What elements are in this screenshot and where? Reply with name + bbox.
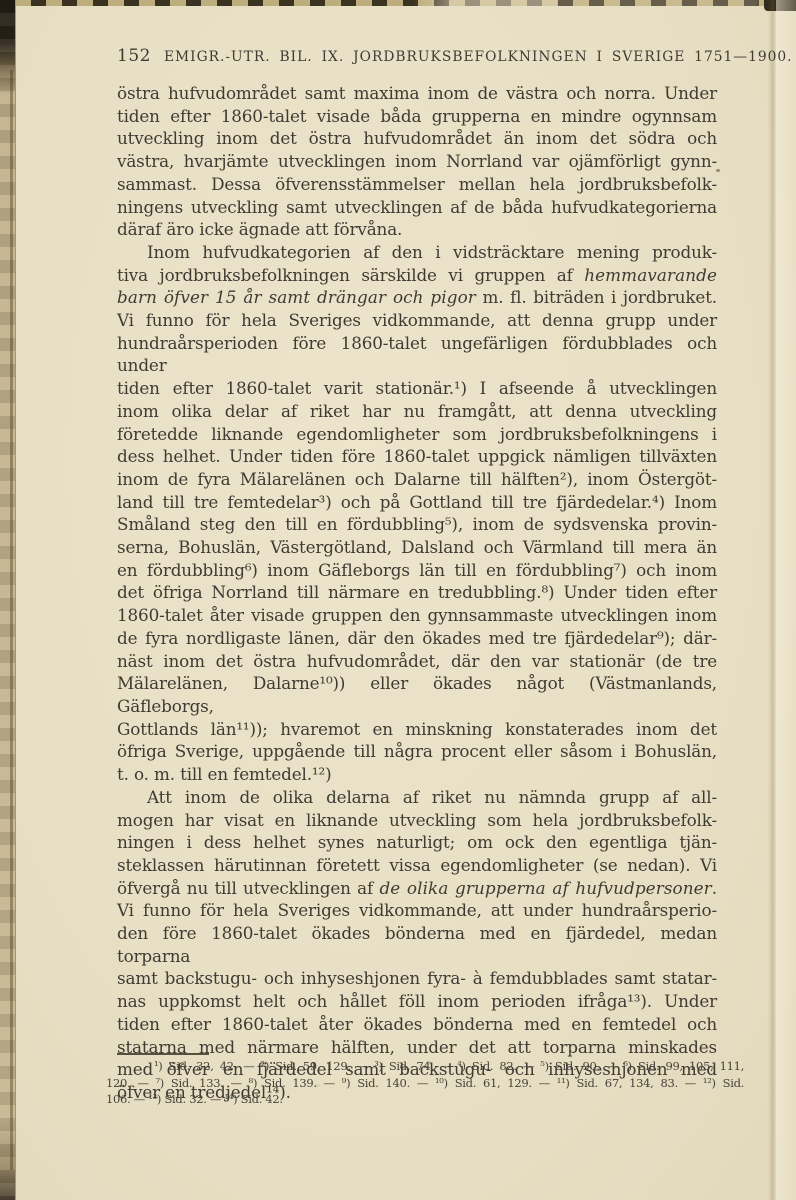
paragraph: Att inom de olika delarna af riket nu nä… (117, 786, 717, 1104)
text-line: tiden efter 1860-talet visade båda grupp… (117, 105, 717, 128)
text-run: sammast. Dessa öfverensstämmelser mellan… (117, 174, 717, 194)
text-line: utveckling inom det östra hufvudområdet … (117, 127, 717, 150)
body-text: östra hufvudområdet samt maxima inom de … (117, 82, 717, 1104)
text-run: tiden efter 1860-talet varit stationär.¹… (117, 378, 717, 398)
text-run: t. o. m. till en femtedel.¹²) (117, 764, 331, 784)
text-line: näst inom det östra hufvudområdet, där d… (117, 650, 717, 673)
text-run: näst inom det östra hufvudområdet, där d… (117, 651, 717, 671)
text-run: östra hufvudområdet samt maxima inom de … (117, 83, 717, 103)
text-run: nas uppkomst helt och hållet föll inom p… (117, 991, 717, 1011)
text-run: Småland steg den till en fördubbling⁵), … (117, 514, 717, 534)
text-run: 120. — ⁷) Sid. 133. — ⁸) Sid. 139. — ⁹) … (106, 1076, 744, 1090)
text-line: barn öfver 15 år samt drängar och pigor … (117, 286, 717, 309)
text-run: Vi funno för hela Sveriges vidkommande, … (117, 310, 717, 330)
paragraph: östra hufvudområdet samt maxima inom de … (117, 82, 717, 241)
text-run: ningen i dess helhet synes naturligt; om… (117, 832, 717, 852)
text-line: företedde liknande egendomligheter som j… (117, 423, 717, 446)
text-line: östra hufvudområdet samt maxima inom de … (117, 82, 717, 105)
text-line: Mälarelänen, Dalarne¹⁰)) eller ökades nå… (117, 672, 717, 717)
text-run: västra, hvarjämte utvecklingen inom Norr… (117, 151, 717, 171)
text-line: öfriga Sverige, uppgående till några pro… (117, 740, 717, 763)
italic-text: de olika grupperna af hufvudpersoner (379, 878, 711, 898)
text-run: hundraårsperioden före 1860-talet ungefä… (117, 333, 717, 376)
text-line: Småland steg den till en fördubbling⁵), … (117, 513, 717, 536)
text-run: Inom hufvudkategorien af den i vidsträck… (147, 242, 717, 262)
scan-left-edge-line (10, 70, 13, 1170)
text-run: ningens utveckling samt utvecklingen af … (117, 197, 717, 217)
text-run: öfriga Sverige, uppgående till några pro… (117, 741, 717, 761)
text-line: Gottlands län¹¹)); hvaremot en minskning… (117, 718, 717, 741)
text-line: serna, Bohuslän, Västergötland, Dalsland… (117, 536, 717, 559)
text-run: Att inom de olika delarna af riket nu nä… (147, 787, 717, 807)
text-line: 1860-talet åter visade gruppen den gynns… (117, 604, 717, 627)
footnote-line: 120. — ⁷) Sid. 133. — ⁸) Sid. 139. — ⁹) … (106, 1075, 744, 1092)
page-fold-line (768, 0, 776, 1200)
text-run: ¹) Sid. 32, 42. — ²) Sid. 59, 129. — ³) … (154, 1059, 744, 1073)
text-run: utveckling inom det östra hufvudområdet … (117, 128, 717, 148)
text-run: det öfriga Norrland till närmare en tred… (117, 582, 717, 602)
footnote-line: 106. — ¹³) Sid. 32. — ¹⁴) Sid. 42. (106, 1091, 744, 1108)
text-line: ningens utveckling samt utvecklingen af … (117, 196, 717, 219)
running-title: EMIGR.-UTR. BIL. IX. JORDBRUKSBEFOLKNING… (164, 49, 793, 65)
text-run: den före 1860-talet ökades bönderna med … (117, 923, 717, 966)
text-run: m. fl. biträden i jordbruket. (476, 287, 717, 307)
page-right-margin (776, 0, 796, 1200)
text-line: däraf äro icke ägnade att förvåna. (117, 218, 717, 241)
text-run: serna, Bohuslän, Västergötland, Dalsland… (117, 537, 717, 557)
text-run: Mälarelänen, Dalarne¹⁰)) eller ökades nå… (117, 673, 717, 716)
text-line: hundraårsperioden före 1860-talet ungefä… (117, 332, 717, 377)
text-line: det öfriga Norrland till närmare en tred… (117, 581, 717, 604)
page-number: 152 (117, 46, 151, 66)
text-line: sammast. Dessa öfverensstämmelser mellan… (117, 173, 717, 196)
text-line: inom olika delar af riket har nu framgåt… (117, 400, 717, 423)
footnotes: ¹) Sid. 32, 42. — ²) Sid. 59, 129. — ³) … (106, 1058, 744, 1108)
text-line: de fyra nordligaste länen, där den ökade… (117, 627, 717, 650)
text-line: tiden efter 1860-talet åter ökades bönde… (117, 1013, 717, 1036)
text-line: mogen har visat en liknande utveckling s… (117, 809, 717, 832)
text-run: . (712, 878, 717, 898)
text-line: land till tre femtedelar³) och på Gottla… (117, 491, 717, 514)
text-line: tiden efter 1860-talet varit stationär.¹… (117, 377, 717, 400)
text-run: mogen har visat en liknande utveckling s… (117, 810, 717, 830)
scan-top-edge-fade (0, 0, 796, 7)
text-line: Vi funno för hela Sveriges vidkommande, … (117, 899, 717, 922)
text-line: tiva jordbruksbefolkningen särskilde vi … (117, 264, 717, 287)
text-run: tiva jordbruksbefolkningen särskilde vi … (117, 265, 584, 285)
text-run: land till tre femtedelar³) och på Gottla… (117, 492, 717, 512)
text-run: de fyra nordligaste länen, där den ökade… (117, 628, 717, 648)
text-line: Inom hufvudkategorien af den i vidsträck… (117, 241, 717, 264)
italic-text: barn öfver 15 år samt drängar och pigor (117, 287, 476, 307)
text-run: tiden efter 1860-talet åter ökades bönde… (117, 1014, 717, 1034)
text-line: öfvergå nu till utvecklingen af de olika… (117, 877, 717, 900)
text-line: Att inom de olika delarna af riket nu nä… (117, 786, 717, 809)
text-line: samt backstugu- och inhyseshjonen fyra- … (117, 967, 717, 990)
footnote-line: ¹) Sid. 32, 42. — ²) Sid. 59, 129. — ³) … (106, 1058, 744, 1075)
text-run: dess helhet. Under tiden före 1860-talet… (117, 446, 717, 466)
text-line: dess helhet. Under tiden före 1860-talet… (117, 445, 717, 468)
text-run: steklassen härutinnan företett vissa ege… (117, 855, 717, 875)
text-run: öfvergå nu till utvecklingen af (117, 878, 379, 898)
paragraph: Inom hufvudkategorien af den i vidsträck… (117, 241, 717, 786)
text-line: ningen i dess helhet synes naturligt; om… (117, 831, 717, 854)
text-line: västra, hvarjämte utvecklingen inom Norr… (117, 150, 717, 173)
text-run: 106. — ¹³) Sid. 32. — ¹⁴) Sid. 42. (106, 1092, 283, 1106)
text-run: samt backstugu- och inhyseshjonen fyra- … (117, 968, 717, 988)
text-run: inom olika delar af riket har nu framgåt… (117, 401, 717, 421)
text-line: t. o. m. till en femtedel.¹²) (117, 763, 717, 786)
text-run: Gottlands län¹¹)); hvaremot en minskning… (117, 719, 717, 739)
text-run: däraf äro icke ägnade att förvåna. (117, 219, 402, 239)
text-run: inom de fyra Mälarelänen och Dalarne til… (117, 469, 717, 489)
text-line: en fördubbling⁶) inom Gäfleborgs län til… (117, 559, 717, 582)
text-run: 1860-talet åter visade gruppen den gynns… (117, 605, 717, 625)
text-run: tiden efter 1860-talet visade båda grupp… (117, 106, 717, 126)
text-line: den före 1860-talet ökades bönderna med … (117, 922, 717, 967)
text-line: steklassen härutinnan företett vissa ege… (117, 854, 717, 877)
text-line: Vi funno för hela Sveriges vidkommande, … (117, 309, 717, 332)
footnote-separator (117, 1053, 209, 1055)
text-line: nas uppkomst helt och hållet föll inom p… (117, 990, 717, 1013)
text-run: Vi funno för hela Sveriges vidkommande, … (117, 900, 717, 920)
text-run: en fördubbling⁶) inom Gäfleborgs län til… (117, 560, 717, 580)
text-run: företedde liknande egendomligheter som j… (117, 424, 717, 444)
italic-text: hemmavarande (584, 265, 717, 285)
page-header: 152EMIGR.-UTR. BIL. IX. JORDBRUKSBEFOLKN… (117, 46, 717, 66)
text-line: inom de fyra Mälarelänen och Dalarne til… (117, 468, 717, 491)
